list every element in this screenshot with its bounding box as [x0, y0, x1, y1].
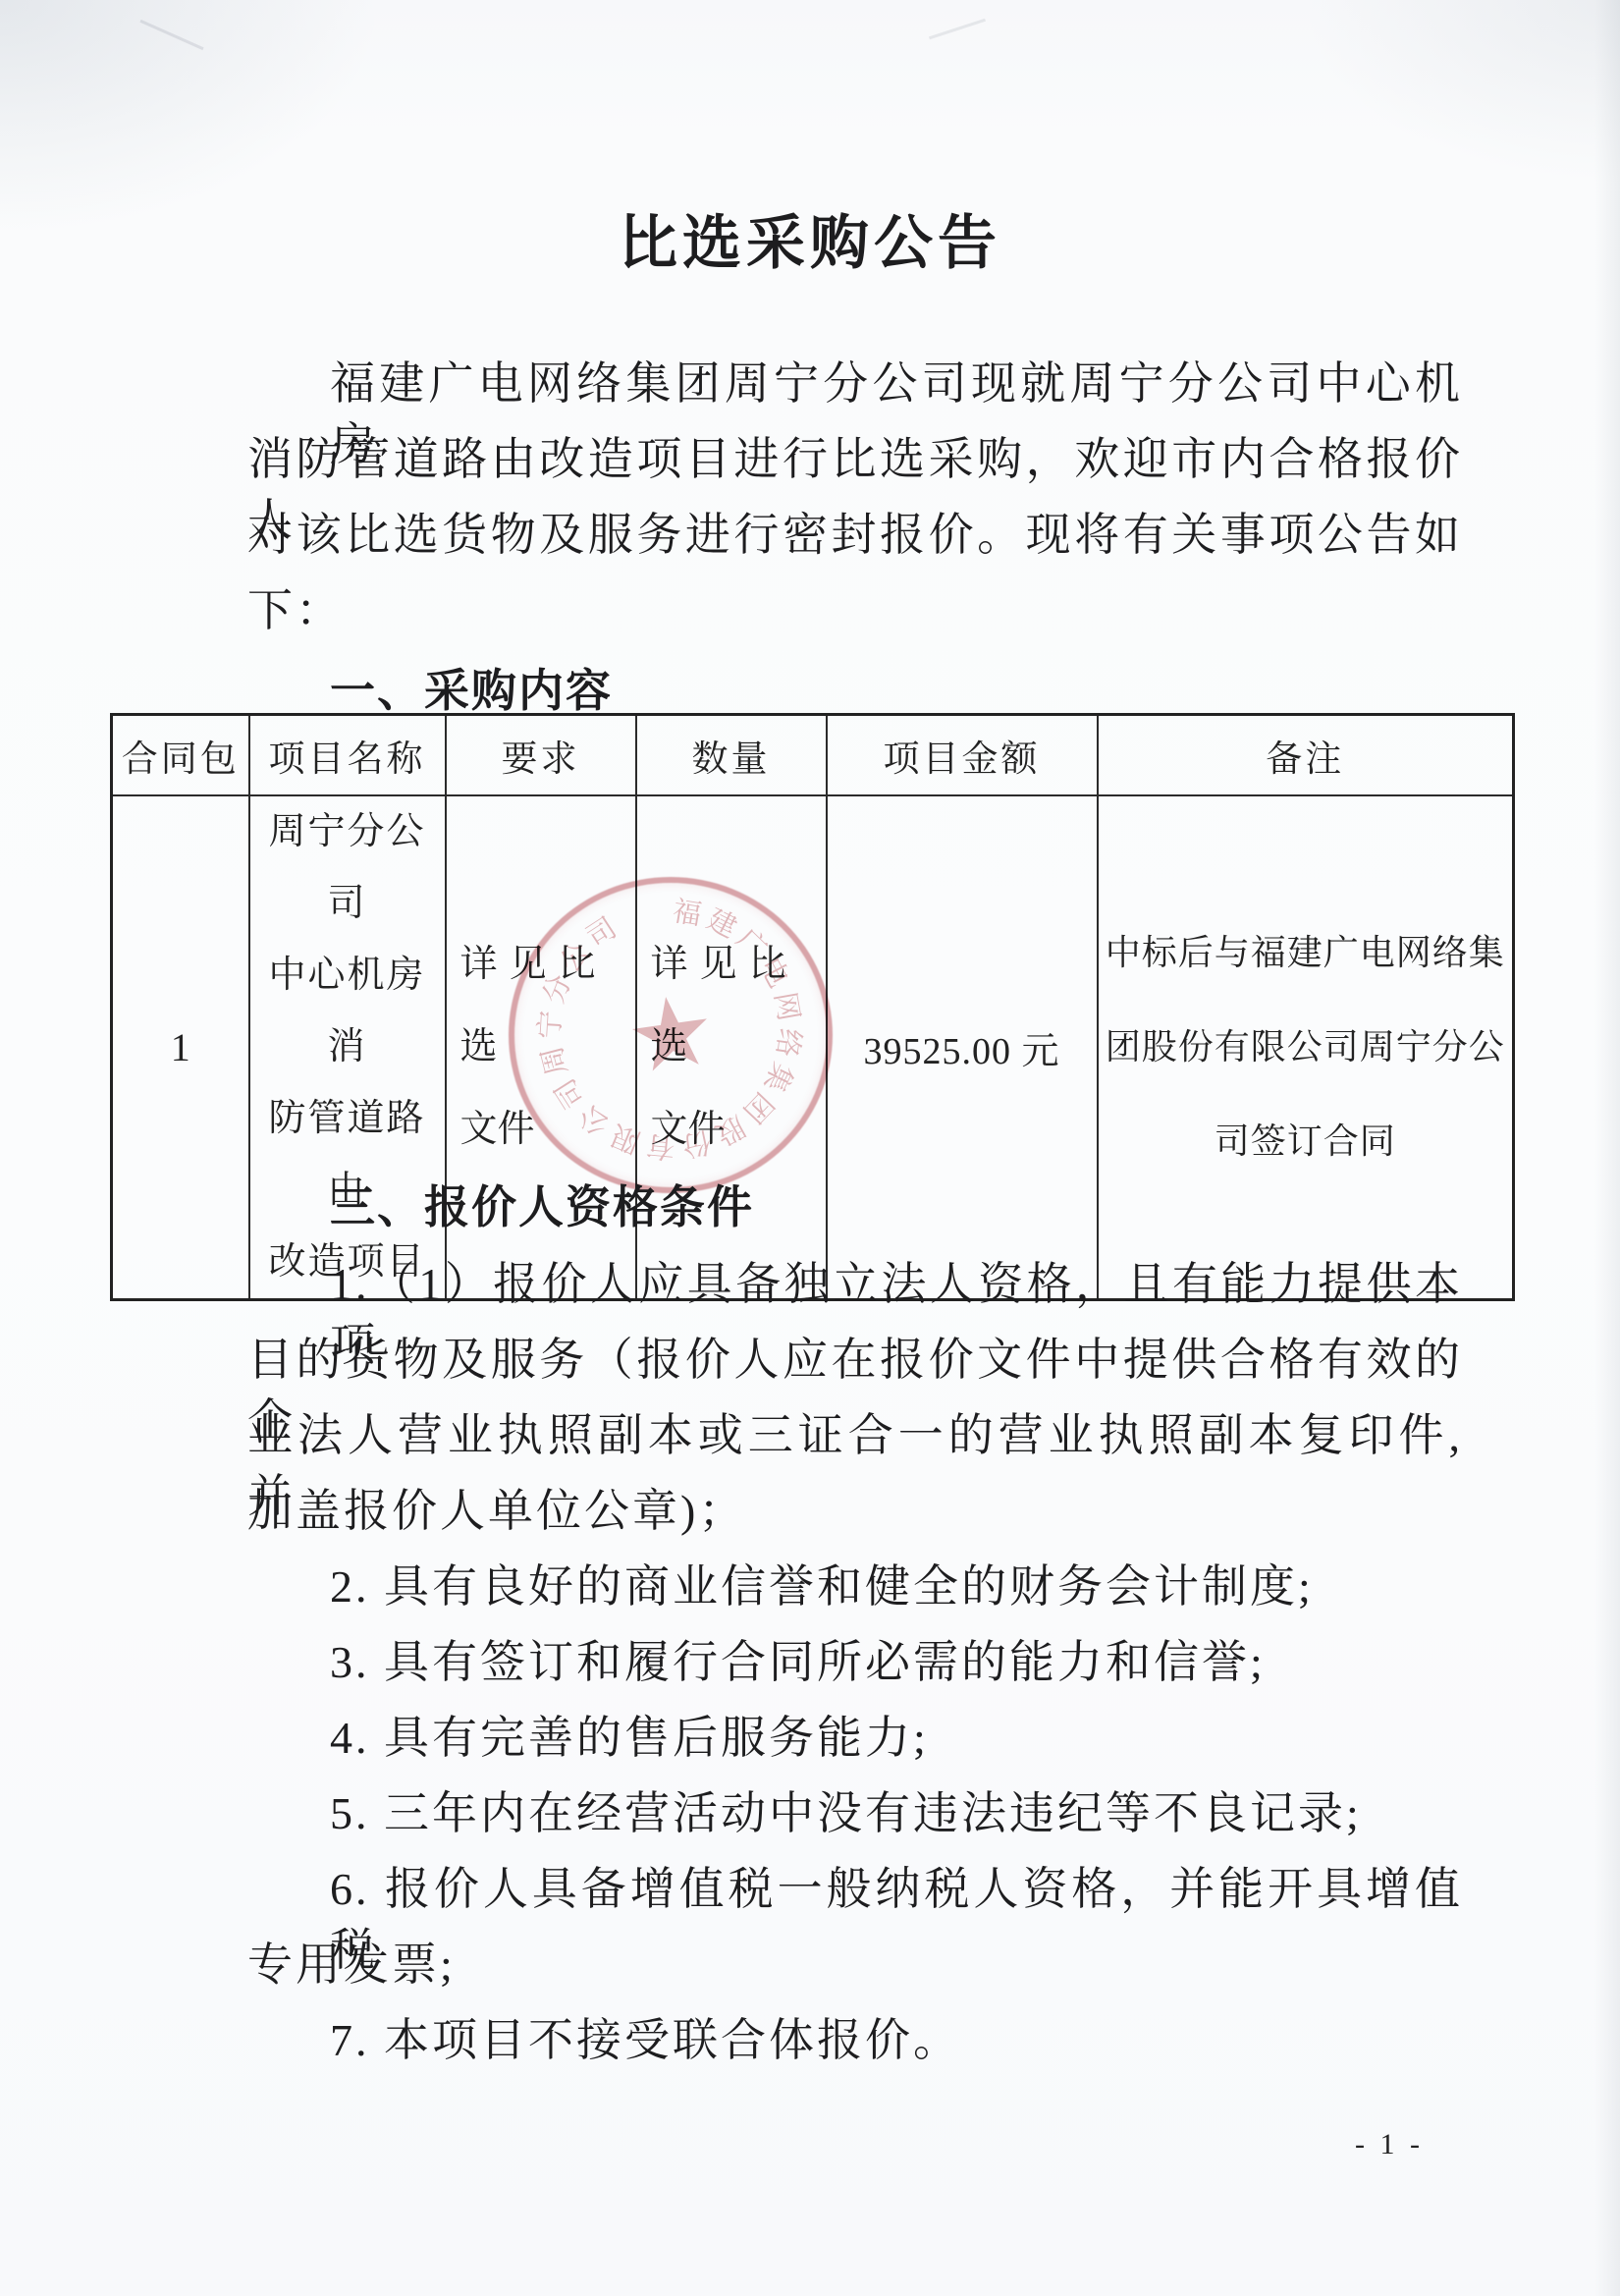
requirement-line: 详见比选: [447, 923, 635, 1088]
qualification-line: 5. 三年内在经营活动中没有违法违纪等不良记录;: [247, 1783, 1463, 1844]
qualification-line: 目的货物及服务（报价人应在报价文件中提供合格有效的企: [247, 1330, 1463, 1391]
qualification-line: 4. 具有完善的售后服务能力;: [247, 1708, 1463, 1769]
scanned-document-page: 比选采购公告 福建广电网络集团周宁分公司现就周宁分公司中心机房 消防管道路由改造…: [0, 0, 1620, 2296]
section-heading-purchase-content: 一、采购内容: [330, 660, 613, 721]
quantity-line: 文件: [637, 1088, 826, 1171]
qualification-line: 7. 本项目不接受联合体报价。: [247, 2010, 1463, 2071]
page-number: - 1 -: [1316, 2123, 1463, 2166]
header-project-amount: 项目金额: [827, 715, 1098, 795]
quantity-line: 详见比选: [637, 923, 826, 1088]
qualification-line: 加盖报价人单位公章)；: [247, 1481, 1463, 1542]
table-row: 1 周宁分公司 中心机房消 防管道路由 改造项目 详见比选 文件 详见比选 文件…: [112, 795, 1514, 1300]
purchase-table: 合同包 项目名称 要求 数量 项目金额 备注 1 周宁分公司 中心机房消 防管道…: [110, 713, 1515, 1301]
header-remark: 备注: [1098, 715, 1514, 795]
project-name-line: 周宁分公司: [250, 796, 445, 940]
intro-line: 福建广电网络集团周宁分公司现就周宁分公司中心机房: [247, 354, 1463, 414]
intro-line: 消防管道路由改造项目进行比选采购，欢迎市内合格报价人: [247, 429, 1463, 490]
cell-project-amount: 39525.00 元: [827, 795, 1098, 1300]
scan-streak: [929, 19, 986, 39]
document-title: 比选采购公告: [0, 202, 1620, 285]
intro-line: 下：: [247, 580, 1463, 641]
header-contract-package: 合同包: [112, 715, 249, 795]
qualification-line: 1.（1）报价人应具备独立法人资格，且有能力提供本项: [247, 1254, 1463, 1315]
cell-contract-package: 1: [112, 795, 249, 1300]
requirement-line: 文件: [447, 1088, 635, 1171]
intro-line: 对该比选货物及服务进行密封报价。现将有关事项公告如: [247, 505, 1463, 566]
scan-shadow-right-edge: [1594, 0, 1620, 2296]
section-heading-qualification: 三、报价人资格条件: [330, 1176, 754, 1237]
remark-line: 中标后与福建广电网络集: [1099, 905, 1513, 1000]
table-header-row: 合同包 项目名称 要求 数量 项目金额 备注: [112, 715, 1514, 795]
qualification-line: 6. 报价人具备增值税一般纳税人资格，并能开具增值税: [247, 1859, 1463, 1920]
qualification-line: 专用发票;: [247, 1935, 1463, 1995]
qualification-line: 业法人营业执照副本或三证合一的营业执照副本复印件, 并: [247, 1405, 1463, 1466]
scan-shadow-top-right: [1247, 0, 1620, 216]
remark-line: 司签订合同: [1099, 1094, 1513, 1188]
qualification-line: 2. 具有良好的商业信誉和健全的财务会计制度;: [247, 1557, 1463, 1617]
remark-line: 团股份有限公司周宁分公: [1099, 1000, 1513, 1094]
qualification-line: 3. 具有签订和履行合同所必需的能力和信誉;: [247, 1632, 1463, 1693]
header-project-name: 项目名称: [249, 715, 446, 795]
header-quantity: 数量: [636, 715, 827, 795]
header-requirement: 要求: [446, 715, 636, 795]
project-name-line: 中心机房消: [250, 940, 445, 1083]
scan-streak: [139, 20, 203, 50]
cell-remark: 中标后与福建广电网络集 团股份有限公司周宁分公 司签订合同: [1098, 795, 1514, 1300]
